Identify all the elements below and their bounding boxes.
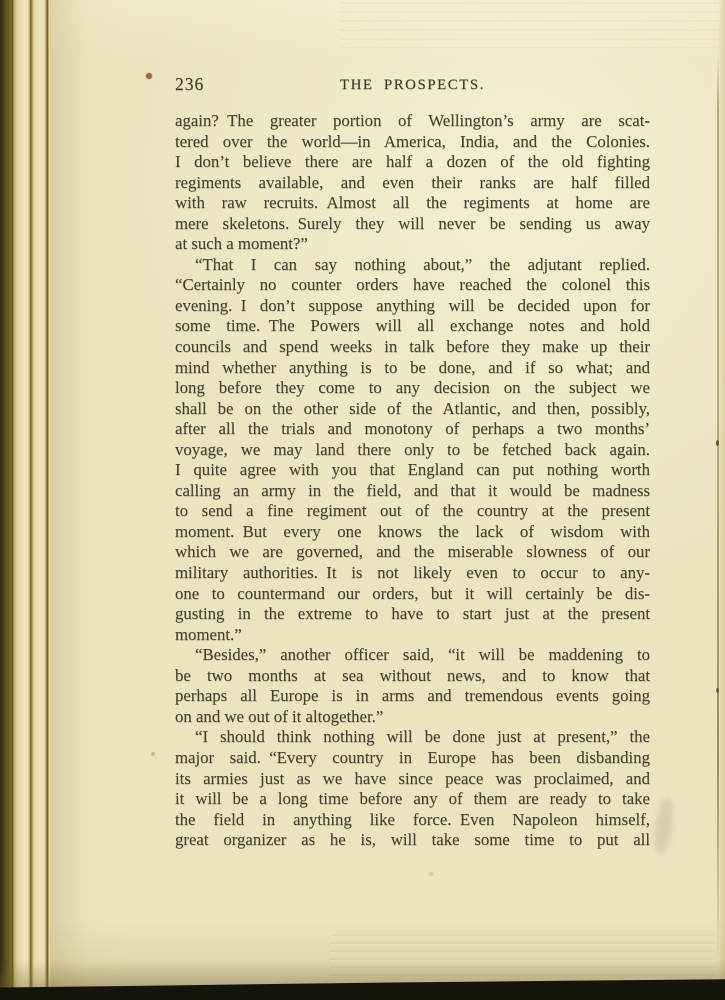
text-line: its armies just as we have since peace w…	[175, 769, 650, 790]
text-line: regiments available, and even their rank…	[175, 173, 650, 194]
book-page-edges-binding	[0, 0, 52, 1000]
text-line: “Certainly no counter orders have reache…	[175, 275, 650, 296]
text-line: again? The greater portion of Wellington…	[175, 111, 650, 132]
text-line: “Besides,” another officer said, “it wil…	[175, 645, 650, 666]
body-text: again? The greater portion of Wellington…	[175, 111, 650, 851]
text-line: mere skeletons. Surely they will never b…	[175, 214, 650, 235]
running-title: THE PROSPECTS.	[175, 77, 650, 94]
text-line: military authorities. It is not likely e…	[175, 563, 650, 584]
text-line: moment. But every one knows the lack of …	[175, 522, 650, 543]
text-line: great organizer as he is, will take some…	[175, 830, 650, 851]
text-line: mind whether anything is to be done, and…	[175, 358, 650, 379]
text-line: moment.”	[175, 625, 650, 646]
text-line: “I should think nothing will be done jus…	[175, 727, 650, 748]
text-line: gusting in the extreme to have to start …	[175, 604, 650, 625]
page-right-edge-shade	[718, 0, 725, 1000]
text-line: with raw recruits. Almost all the regime…	[175, 193, 650, 214]
paper-speck	[151, 752, 155, 756]
text-line: on and we out of it altogether.”	[175, 707, 650, 728]
text-line: which we are governed, and the miserable…	[175, 542, 650, 563]
text-line: councils and spend weeks in talk before …	[175, 337, 650, 358]
paper-speck	[429, 872, 434, 876]
text-line: perhaps all Europe is in arms and tremen…	[175, 686, 650, 707]
text-line: the field in anything like force. Even N…	[175, 810, 650, 831]
text-line: tered over the world—in America, India, …	[175, 132, 650, 153]
text-line: it will be a long time before any of the…	[175, 789, 650, 810]
text-line: at such a moment?”	[175, 234, 650, 255]
text-line: shall be on the other side of the Atlant…	[175, 399, 650, 420]
page-header: 236 THE PROSPECTS.	[175, 74, 650, 98]
gutter-shadow	[50, 0, 88, 1000]
paper-speck	[146, 73, 152, 79]
text-line: “That I can say nothing about,” the adju…	[175, 255, 650, 276]
text-line: be two months at sea without news, and t…	[175, 666, 650, 687]
scan-streaks-top	[340, 2, 719, 48]
text-line: long before they come to any decision on…	[175, 378, 650, 399]
text-line: evening. I don’t suppose anything will b…	[175, 296, 650, 317]
scanned-book-page: 236 THE PROSPECTS. again? The greater po…	[0, 0, 725, 1000]
text-line: voyage, we may land there only to be fet…	[175, 440, 650, 461]
text-line: after all the trials and monotony of per…	[175, 419, 650, 440]
text-line: major said. “Every country in Europe has…	[175, 748, 650, 769]
text-line: to send a fine regiment out of the count…	[175, 501, 650, 522]
text-line: I quite agree with you that England can …	[175, 460, 650, 481]
text-line: calling an army in the field, and that i…	[175, 481, 650, 502]
text-line: one to countermand our orders, but it wi…	[175, 584, 650, 605]
text-line: some time. The Powers will all exchange …	[175, 316, 650, 337]
text-line: I don’t believe there are half a dozen o…	[175, 152, 650, 173]
